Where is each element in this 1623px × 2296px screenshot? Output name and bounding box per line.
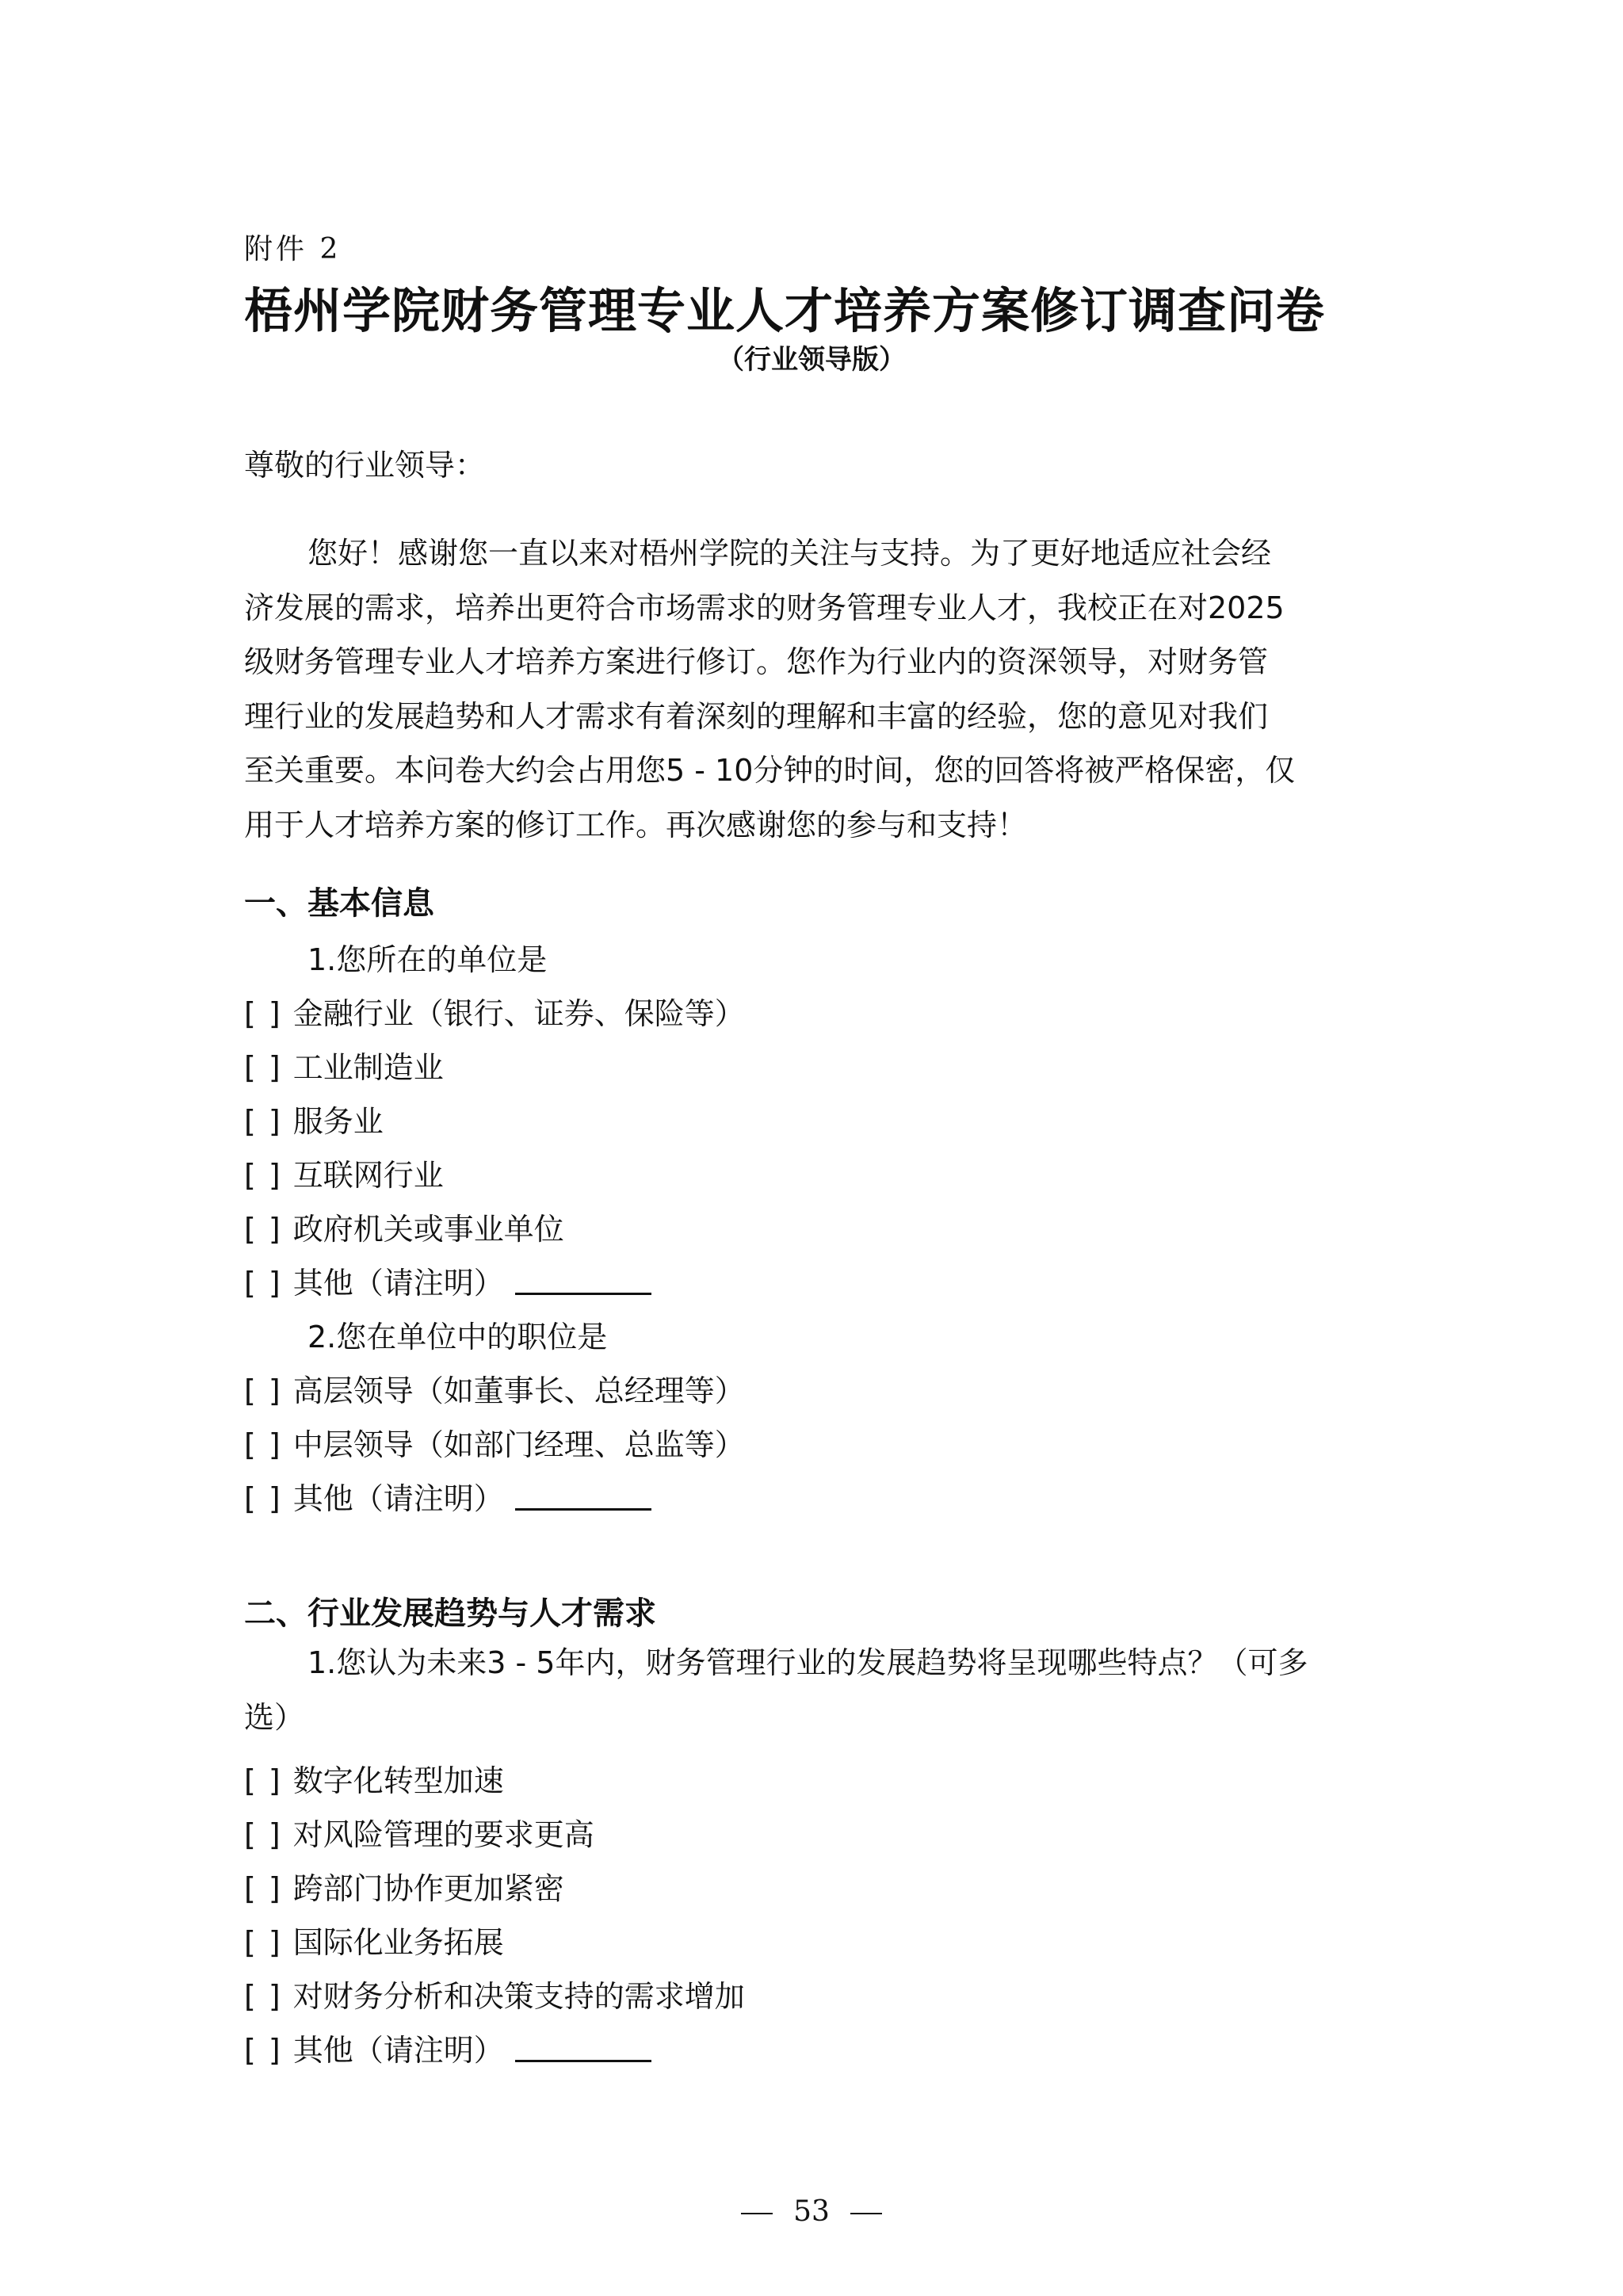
intro-line: 济发展的需求，培养出更符合市场需求的财务管理专业人才，我校正在对2025 (244, 581, 1377, 636)
option-label: 高层领导（如董事长、总经理等） (293, 1366, 745, 1410)
option-item[interactable]: [ ] 服务业 (244, 1097, 384, 1140)
checkbox[interactable]: [ ] (244, 1817, 282, 1852)
option-label: 数字化转型加速 (293, 1756, 504, 1800)
intro-line: 理行业的发展趋势和人才需求有着深刻的理解和丰富的经验，您的意见对我们 (244, 690, 1377, 744)
option-item[interactable]: [ ] 国际化业务拓展 (244, 1918, 504, 1962)
option-item[interactable]: [ ] 对财务分析和决策支持的需求增加 (244, 1972, 745, 2015)
option-label: 对财务分析和决策支持的需求增加 (293, 1972, 745, 2015)
option-label: 其他（请注明） (293, 1259, 504, 1302)
fill-in-blank[interactable] (515, 1292, 651, 1295)
option-label: 其他（请注明） (293, 2026, 504, 2069)
question-line: 1.您认为未来3 - 5年内，财务管理行业的发展趋势将呈现哪些特点？（可多 (244, 1636, 1393, 1690)
option-item[interactable]: [ ] 互联网行业 (244, 1151, 444, 1194)
option-label: 互联网行业 (293, 1151, 444, 1194)
intro-line: 您好！感谢您一直以来对梧州学院的关注与支持。为了更好地适应社会经 (244, 526, 1377, 581)
option-item[interactable]: [ ] 金融行业（银行、证券、保险等） (244, 989, 745, 1033)
option-item-other[interactable]: [ ] 其他（请注明） (244, 1259, 651, 1302)
fill-in-blank[interactable] (515, 1507, 651, 1511)
option-item[interactable]: [ ] 中层领导（如部门经理、总监等） (244, 1420, 745, 1464)
dash-left (741, 2213, 773, 2214)
option-label: 金融行业（银行、证券、保险等） (293, 989, 745, 1033)
intro-line: 用于人才培养方案的修订工作。再次感谢您的参与和支持！ (244, 798, 1377, 853)
intro-paragraph: 您好！感谢您一直以来对梧州学院的关注与支持。为了更好地适应社会经 济发展的需求，… (244, 526, 1377, 852)
question-line: 选） (244, 1690, 1393, 1745)
page-number: 53 (0, 2195, 1623, 2228)
fill-in-blank[interactable] (515, 2059, 651, 2062)
intro-line: 级财务管理专业人才培养方案进行修订。您作为行业内的资深领导，对财务管 (244, 635, 1377, 690)
salutation: 尊敬的行业领导： (244, 441, 485, 484)
checkbox[interactable]: [ ] (244, 996, 282, 1031)
checkbox[interactable]: [ ] (244, 2033, 282, 2068)
checkbox[interactable]: [ ] (244, 1979, 282, 2014)
checkbox[interactable]: [ ] (244, 1925, 282, 1960)
option-item[interactable]: [ ] 政府机关或事业单位 (244, 1205, 564, 1248)
option-label: 中层领导（如部门经理、总监等） (293, 1420, 745, 1464)
page-number-value: 53 (793, 2195, 830, 2228)
section-heading-industry-trends: 二、行业发展趋势与人才需求 (244, 1588, 656, 1633)
option-label: 工业制造业 (293, 1043, 444, 1087)
checkbox[interactable]: [ ] (244, 1373, 282, 1408)
option-item[interactable]: [ ] 对风险管理的要求更高 (244, 1810, 594, 1854)
option-label: 跨部门协作更加紧密 (293, 1864, 564, 1908)
option-label: 对风险管理的要求更高 (293, 1810, 594, 1854)
checkbox[interactable]: [ ] (244, 1212, 282, 1247)
checkbox[interactable]: [ ] (244, 1427, 282, 1462)
option-label: 服务业 (293, 1097, 384, 1140)
option-item-other[interactable]: [ ] 其他（请注明） (244, 1474, 651, 1518)
question-text: 2.您在单位中的职位是 (307, 1312, 607, 1356)
document-subtitle: （行业领导版） (0, 338, 1623, 376)
question-text: 1.您认为未来3 - 5年内，财务管理行业的发展趋势将呈现哪些特点？（可多 选） (244, 1636, 1393, 1744)
checkbox[interactable]: [ ] (244, 1871, 282, 1906)
dash-right (850, 2213, 882, 2214)
option-item[interactable]: [ ] 工业制造业 (244, 1043, 444, 1087)
checkbox[interactable]: [ ] (244, 1266, 282, 1301)
checkbox[interactable]: [ ] (244, 1158, 282, 1193)
option-item[interactable]: [ ] 高层领导（如董事长、总经理等） (244, 1366, 745, 1410)
checkbox[interactable]: [ ] (244, 1104, 282, 1139)
option-item-other[interactable]: [ ] 其他（请注明） (244, 2026, 651, 2069)
option-item[interactable]: [ ] 数字化转型加速 (244, 1756, 504, 1800)
section-heading-basic-info: 一、基本信息 (244, 878, 434, 923)
option-label: 国际化业务拓展 (293, 1918, 504, 1962)
question-text: 1.您所在的单位是 (307, 935, 547, 979)
checkbox[interactable]: [ ] (244, 1763, 282, 1798)
option-item[interactable]: [ ] 跨部门协作更加紧密 (244, 1864, 564, 1908)
intro-line: 至关重要。本问卷大约会占用您5 - 10分钟的时间，您的回答将被严格保密，仅 (244, 743, 1377, 798)
option-label: 政府机关或事业单位 (293, 1205, 564, 1248)
attachment-label: 附件 2 (244, 227, 341, 267)
checkbox[interactable]: [ ] (244, 1481, 282, 1516)
document-title: 梧州学院财务管理专业人才培养方案修订调查问卷 (244, 273, 1354, 342)
option-label: 其他（请注明） (293, 1474, 504, 1518)
checkbox[interactable]: [ ] (244, 1050, 282, 1085)
